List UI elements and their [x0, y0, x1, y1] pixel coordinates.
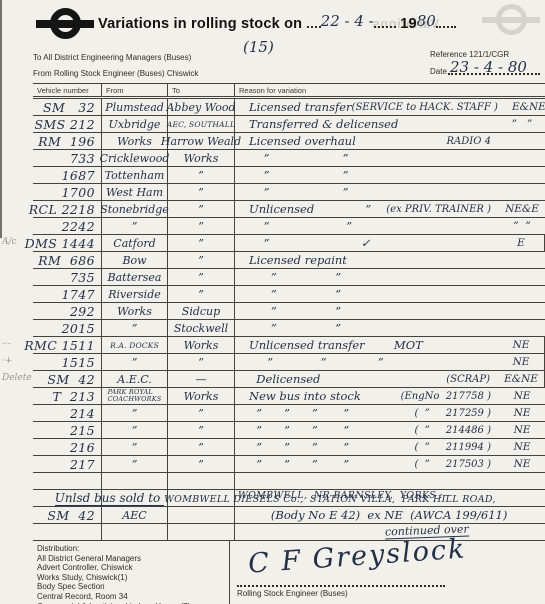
to-cell: Works [168, 150, 235, 166]
district-text: NE [499, 441, 545, 453]
reason-cell: ” ” ” ” ( ” 217259 ) NE [235, 405, 545, 421]
reason-extra: (SCRAP) [446, 374, 490, 385]
vehicle-cell: T 213 [33, 388, 102, 404]
table-row: RCL 2218 Stonebridge ” Unlicensed ” (ex … [33, 201, 545, 218]
from-cell: Bow [102, 252, 168, 268]
distribution-line: Works Study, Chiswick(1) [37, 573, 190, 583]
vehicle-cell: 1687 [33, 167, 102, 183]
from-cell: West Ham [102, 184, 168, 200]
distribution-line: Distribution: [37, 544, 190, 554]
dotted-leader [374, 16, 396, 28]
to-cell: ” [168, 235, 235, 251]
distribution-list: Distribution:All District General Manage… [37, 544, 190, 604]
from-cell: ” [102, 218, 168, 234]
from-cell: Works [102, 133, 168, 149]
vehicle-cell: 214 [33, 405, 102, 421]
district-text: NE [498, 356, 544, 368]
from-cell: Stonebridge [102, 201, 168, 217]
from-cell: ” [102, 320, 168, 336]
table-header-row: Vehicle number From To Reason for variat… [33, 84, 545, 99]
district-text: ” ” [499, 220, 545, 232]
table-row: 1515 ” ” ” ” ” NE ·+ [33, 354, 545, 371]
reason-cell: ” ” [235, 167, 545, 183]
reason-text: New bus into stock [249, 389, 401, 403]
table-row: 1700 West Ham ” ” ” [33, 184, 545, 201]
vehicle-cell: 292 [33, 303, 102, 319]
from-cell: Cricklewood [102, 150, 168, 166]
district-text: ” ” [499, 118, 545, 130]
to-cell: ” [168, 252, 235, 268]
column-header-vehicle: Vehicle number [33, 84, 102, 96]
reason-text: ” ” ” [249, 355, 490, 369]
distribution-line: Advert Controller, Chiswick [37, 563, 190, 573]
district-text: NE [499, 424, 545, 436]
title-line: Variations in rolling stock on 22 - 4 - … [98, 14, 538, 33]
to-cell: ” [168, 405, 235, 421]
copy-number: (15) [243, 38, 274, 56]
reason-cell: ” ” [235, 269, 545, 285]
column-header-reason: Reason for variation [235, 84, 545, 96]
date-dotted-line [448, 63, 540, 75]
date-day-month-handwritten: 22 - 4 - [321, 12, 374, 30]
district-text: NE [499, 390, 545, 402]
reason-cell: Licensed overhaul RADIO 4 [235, 133, 545, 149]
to-cell: ” [168, 184, 235, 200]
district-text: E [498, 237, 544, 249]
to-cell: ” [168, 456, 235, 472]
reason-cell: ” ” [235, 286, 545, 302]
to-cell: ” [168, 167, 235, 183]
page-title: Variations in rolling stock on [98, 16, 302, 32]
column-header-from: From [102, 84, 168, 96]
margin-pencil-note: ·+ [2, 356, 32, 366]
to-cell: ” [168, 354, 235, 370]
district-text: NE [499, 458, 545, 470]
dotted-leader [436, 16, 456, 28]
addressee-line: To All District Engineering Managers (Bu… [33, 53, 191, 63]
reason-cell: ” ✓ E [235, 235, 545, 251]
reason-extra: (EngNo 217758 ) [401, 391, 491, 402]
from-cell: ” [102, 456, 168, 472]
reason-text: ” ” ” ” [249, 406, 414, 420]
table-row: SM 42 A.E.C. — Delicensed (SCRAP) E&NE D… [33, 371, 545, 388]
district-text: E&NE [498, 373, 544, 385]
roundel-bar [36, 20, 94, 28]
margin-pencil-note: -·- [2, 339, 32, 349]
sender-line: From Rolling Stock Engineer (Buses) Chis… [33, 69, 198, 79]
reason-cell: ” ” [235, 303, 545, 319]
vehicle-cell: RM 686 [33, 252, 102, 268]
table-row: RM 196 Works Harrow Weald Licensed overh… [33, 133, 545, 150]
reason-cell: Licensed repaint [235, 252, 545, 268]
to-cell: — [168, 371, 235, 387]
reason-extra: RADIO 4 [447, 136, 491, 147]
from-cell [102, 524, 168, 540]
to-cell: ” [168, 218, 235, 234]
reason-text: Unlicensed ” [249, 202, 386, 216]
from-cell: Plumstead [102, 99, 168, 115]
table-row: 2242 ” ” ” ” ” ” [33, 218, 545, 235]
vehicle-cell: RMC 1511 [33, 337, 102, 353]
reason-text: Delicensed [249, 372, 446, 386]
table-row: 733 Cricklewood Works ” ” [33, 150, 545, 167]
reason-extra: ( ” 214486 ) [414, 425, 491, 436]
reason-text: ” ” [249, 321, 491, 335]
reason-cell: Unlicensed ” (ex PRIV. TRAINER ) NE&E [235, 201, 545, 217]
year-handwritten: 80 [417, 12, 436, 30]
to-cell: Works [168, 337, 235, 353]
from-cell: PARK ROYAL COACHWORKS [102, 388, 168, 404]
reason-text: ” ” [249, 168, 491, 182]
reason-text: Licensed repaint [249, 253, 491, 267]
to-cell: ” [168, 269, 235, 285]
column-header-to: To [168, 84, 235, 96]
reason-text: ” ✓ [249, 236, 490, 250]
table-row: 735 Battersea ” ” ” [33, 269, 545, 286]
to-cell: Stockwell [168, 320, 235, 336]
to-cell: ” [168, 201, 235, 217]
table-row: 2015 ” Stockwell ” ” [33, 320, 545, 337]
reason-extra: ( ” 217503 ) [414, 459, 491, 470]
reason-cell: Transferred & delicensed ” ” [235, 116, 545, 132]
reason-text: ” ” [249, 270, 491, 284]
reason-cell: ” ” ” ” ( ” 211994 ) NE [235, 439, 545, 455]
from-cell: R.A. DOCKS [102, 337, 168, 353]
reason-text: Unlicensed transfer MOT [249, 338, 490, 352]
table-row: 292 Works Sidcup ” ” [33, 303, 545, 320]
reason-text: ” ” ” ” [249, 423, 414, 437]
district-text: NE&E [499, 203, 545, 215]
district-text: E&NE [506, 101, 545, 113]
reason-text: ” ” [249, 185, 491, 199]
reason-extra: ( ” 217259 ) [414, 408, 491, 419]
from-cell: Battersea [102, 269, 168, 285]
to-cell [168, 524, 235, 540]
vehicle-cell: SM 32 [33, 99, 102, 115]
to-cell: ” [168, 439, 235, 455]
reason-cell: Unlicensed transfer MOT NE [235, 337, 545, 353]
distribution-line: Body Spec Section [37, 582, 190, 592]
sold-note-line2: WOMBWELL, NR BARNSLEY, YORKS :— [238, 490, 453, 501]
vehicle-cell: 733 [33, 150, 102, 166]
to-cell: Sidcup [168, 303, 235, 319]
reason-text: ” ” ” ” [249, 440, 414, 454]
vehicle-cell: RCL 2218 [33, 201, 102, 217]
to-cell: Harrow Weald [168, 133, 235, 149]
reason-cell: ” ” ” ” [235, 218, 545, 234]
signature-label: Rolling Stock Engineer (Buses) [237, 589, 348, 598]
reason-cell: ” ” [235, 184, 545, 200]
reason-text: ” ” [249, 151, 491, 165]
vehicle-cell: 735 [33, 269, 102, 285]
table-row: 214 ” ” ” ” ” ” ( ” 217259 ) NE [33, 405, 545, 422]
table-row: 1687 Tottenham ” ” ” [33, 167, 545, 184]
london-transport-roundel-icon [36, 7, 94, 41]
reason-cell: ” ” ” NE [235, 354, 545, 370]
reason-extra: (SERVICE to HACK. STAFF ) [352, 102, 498, 113]
from-cell: Tottenham [102, 167, 168, 183]
from-cell: ” [102, 422, 168, 438]
reason-text: ” ” [249, 219, 491, 233]
rolling-stock-table: Vehicle number From To Reason for variat… [33, 83, 545, 540]
reason-cell: New bus into stock (EngNo 217758 ) NE [235, 388, 545, 404]
vehicle-cell: 2242 [33, 218, 102, 234]
reason-cell: ” ” ” ” ( ” 217503 ) NE [235, 456, 545, 472]
table-row: SM 32 Plumstead Abbey Wood Licensed tran… [33, 99, 545, 116]
table-row: SMS 212 Uxbridge AEC, SOUTHALL Transferr… [33, 116, 545, 133]
table-row: 215 ” ” ” ” ” ” ( ” 214486 ) NE [33, 422, 545, 439]
vehicle-cell [33, 524, 102, 540]
reason-cell: ” ” ” ” ( ” 214486 ) NE [235, 422, 545, 438]
table-row: DMS 1444 Catford ” ” ✓ E A/c [33, 235, 545, 252]
vehicle-cell: SMS 212 [33, 116, 102, 132]
vehicle-cell: 1515 [33, 354, 102, 370]
table-row: RMC 1511 R.A. DOCKS Works Unlicensed tra… [33, 337, 545, 354]
from-cell: Uxbridge [102, 116, 168, 132]
from-cell: Works [102, 303, 168, 319]
reason-text: Transferred & delicensed [249, 117, 491, 131]
sold-note-script: Unlsd bus sold to [55, 491, 164, 506]
vehicle-cell: RM 196 [33, 133, 102, 149]
reason-text: ” ” ” ” [249, 457, 414, 471]
vehicle-cell: DMS 1444 [33, 235, 102, 251]
distribution-line: All District General Managers [37, 554, 190, 564]
to-cell: ” [168, 422, 235, 438]
footer-divider-line [229, 540, 230, 604]
vehicle-cell: 215 [33, 422, 102, 438]
signature-dotted-line [237, 585, 445, 587]
to-cell: AEC, SOUTHALL [168, 116, 235, 132]
to-cell: Works [168, 388, 235, 404]
year-printed: 19 [400, 16, 417, 32]
from-cell: A.E.C. [102, 371, 168, 387]
distribution-line: Central Record, Room 34 [37, 592, 190, 602]
vehicle-cell: 1747 [33, 286, 102, 302]
from-cell: ” [102, 405, 168, 421]
dotted-leader [307, 16, 321, 28]
table-row: 216 ” ” ” ” ” ” ( ” 211994 ) NE [33, 439, 545, 456]
margin-pencil-note: A/c [2, 237, 32, 247]
from-cell: Catford [102, 235, 168, 251]
from-cell: ” [102, 354, 168, 370]
vehicle-cell: 217 [33, 456, 102, 472]
table-row: T 213 PARK ROYAL COACHWORKS Works New bu… [33, 388, 545, 405]
vehicle-cell: SM 42 [33, 371, 102, 387]
district-text: NE [499, 407, 545, 419]
reason-text: Licensed overhaul [249, 134, 447, 148]
reason-extra: ( ” 211994 ) [414, 442, 491, 453]
reason-cell: ” ” [235, 320, 545, 336]
from-cell: Riverside [102, 286, 168, 302]
scan-edge-artifact [0, 0, 2, 238]
reason-cell: Licensed transfer (SERVICE to HACK. STAF… [235, 99, 545, 115]
reason-text: Licensed transfer [249, 100, 352, 114]
date-label: Date [430, 67, 447, 77]
scanned-form-page: { "page": { "colors": { "paper": "#f2f0e… [0, 0, 545, 604]
table-row: 1747 Riverside ” ” ” [33, 286, 545, 303]
vehicle-cell: 1700 [33, 184, 102, 200]
from-cell: ” [102, 439, 168, 455]
reason-cell: ” ” [235, 150, 545, 166]
reason-text: ” ” [249, 287, 491, 301]
reason-extra: (ex PRIV. TRAINER ) [386, 204, 491, 215]
reason-cell: Delicensed (SCRAP) E&NE [235, 371, 545, 387]
district-text: NE [498, 339, 544, 351]
reason-text: ” ” [249, 304, 491, 318]
to-cell: Abbey Wood [168, 99, 235, 115]
margin-pencil-note: Delete [2, 373, 32, 383]
to-cell: ” [168, 286, 235, 302]
vehicle-cell: 2015 [33, 320, 102, 336]
vehicle-cell: 216 [33, 439, 102, 455]
table-row: RM 686 Bow ” Licensed repaint [33, 252, 545, 269]
